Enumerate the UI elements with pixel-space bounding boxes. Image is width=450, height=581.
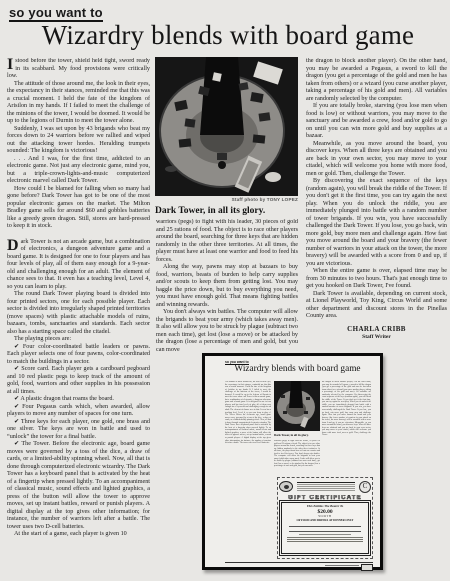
paragraph: You don't always win battles. The comput… [156,309,298,354]
ad-right-logo-icon: C [359,481,371,493]
certificate-locations [285,537,365,542]
gift-certificate: This Entitles The Bearer To $20.00 WORTH… [281,502,369,554]
location-block [312,537,337,542]
thumbnail-column-2: warriors (pegs) to fight with his leader… [274,440,320,476]
newspaper-page: so you want to Wizardry blends with boar… [0,0,450,581]
thumbnail-text: ark Tower is not an arcade game, but a c… [225,396,271,413]
thumbnail-text: ✔ The Tower. Before the electronic age, … [225,412,271,445]
thumbnail-title: Wizardry blends with board game [223,364,372,374]
checklist-item: ✔ Four color-coordinated battle leaders … [7,344,150,367]
page-title: Wizardry blends with board game [14,20,442,50]
certificate-terms: OF FOOD AND DRINKS AT DINNER ONLY [285,518,365,522]
paragraph: At the start of a game, each player is g… [7,531,150,539]
dropcap-d: D [7,239,21,253]
thumbnail-column-3: the dragon to block another player). On … [322,381,371,476]
paragraph-text: stood before the tower, shield held tigh… [7,58,150,79]
certificate-name-line [289,523,361,527]
article-column-1: Istood before the tower, shield held tig… [7,58,150,573]
ad-left-logo-icon [279,481,293,492]
paragraph: The round Dark Tower playing board is di… [7,291,150,336]
thumbnail-text: You don't always win battles. The comput… [274,453,320,468]
checklist-item: ✔ Score card. Each player gets a cardboa… [7,366,150,396]
paragraph: The playing pieces are: [7,336,150,344]
ad-header-text-lines [295,481,357,493]
paragraph: If you are totally broke, starving (you … [306,103,447,141]
footer-dateline [325,565,359,566]
thumbnail-photo-caption: Dark Tower, in all its glory. [274,433,320,437]
dropcap-i: I [7,58,15,72]
thumbnail-text: Meanwhile, as you move around the board,… [322,422,371,437]
paragraph: Meanwhile, as you move around the board,… [306,141,447,179]
paragraph: How could I be blamed for falling when s… [7,186,150,231]
paragraph: the dragon to block another player). On … [306,58,447,103]
ad-header: C [279,479,371,494]
paragraph: The attitude of those around me, the loo… [7,81,150,126]
article-column-2: warriors (pegs) to fight with his leader… [156,219,298,363]
thumbnail-page-footer [225,562,373,569]
byline-name: CHARLA CRIBB [306,326,447,334]
photo-caption: Dark Tower, in all its glory. [155,206,298,216]
paragraph: Along the way, pawns may stop at bazaars… [156,264,298,309]
paragraph: By discovering the exact sequence of the… [306,178,447,268]
article-column-3: the dragon to block another player). On … [306,58,447,354]
footer-page-number-box [361,564,373,571]
photo-block: Staff photo by TONY LOPEZ Dark Tower, in… [155,57,298,216]
paragraph-text: ark Tower is not an arcade game, but a c… [7,239,150,290]
dark-tower-photo [155,57,298,196]
paragraph: When the entire game is over, elapsed ti… [306,268,447,291]
thumbnail-photo [274,381,320,431]
thumbnail-ad: C GIFT CERTIFICATE This Entitles The Bea… [277,477,373,559]
paragraph: . . . And I was, for the first time, add… [7,156,150,186]
checklist-item: ✔ Four Pegasus cards which, when awarded… [7,404,150,419]
certificate-entitles: This Entitles The Bearer To [285,504,365,508]
thumbnail-text: By discovering the exact sequence of the… [322,394,371,424]
location-block [287,537,312,542]
page-thumbnail[interactable]: so you want to Wizardry blends with boar… [202,353,383,570]
certificate-address-line [289,528,361,532]
paragraph: Suddenly, I was set upon by 43 brigands … [7,126,150,156]
paragraph: Dark Tower is available, depending on cu… [306,291,447,321]
thumbnail-column-1: The attitude of those around me, the loo… [225,381,271,560]
certificate-fineprint [299,534,351,535]
checklist-item: ✔ The Tower. Before the electronic age, … [7,441,150,531]
location-block [338,537,363,542]
checklist-item: ✔ A plastic dragon that roams the board. [7,396,150,404]
paragraph: warriors (pegs) to fight with his leader… [156,219,298,264]
byline-role: Staff Writer [306,334,447,342]
ad-title: GIFT CERTIFICATE [279,495,371,501]
paragraph: Dark Tower is not an arcade game, but a … [7,239,150,292]
byline: CHARLA CRIBB Staff Writer [306,326,447,342]
photo-credit: Staff photo by TONY LOPEZ [155,197,298,202]
paragraph: Istood before the tower, shield held tig… [7,58,150,81]
checklist-item: ✔ Three keys for each player, one gold, … [7,419,150,442]
